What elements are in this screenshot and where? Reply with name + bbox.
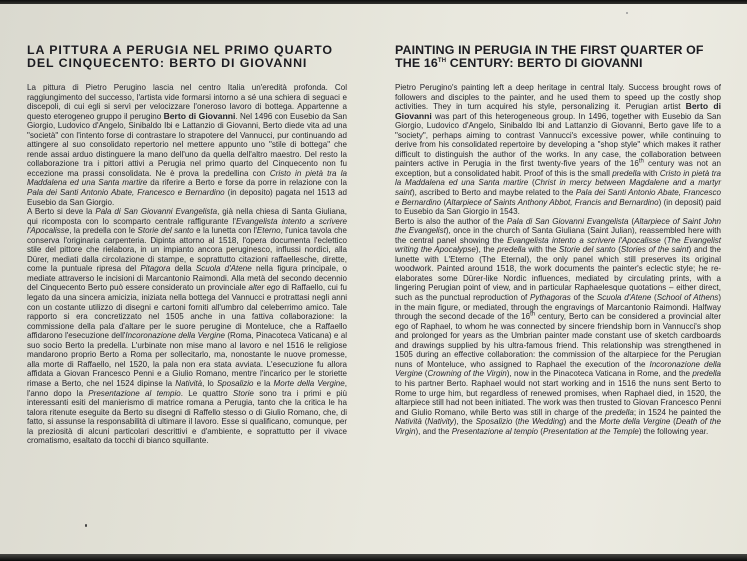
dust-speck xyxy=(85,524,87,527)
italic-title: Sposalizio xyxy=(217,379,254,388)
text-run: A Berto si deve la xyxy=(27,207,95,216)
italic-title: Crowning of the Virgin xyxy=(427,369,506,378)
italic-title: Pythagoras xyxy=(530,293,571,302)
text-run: ), the xyxy=(454,417,476,426)
italic-title: Morte della Vergine xyxy=(600,417,671,426)
text-run: ) the following year. xyxy=(639,427,708,436)
text-run: ), ascribed to Berto and maybe related t… xyxy=(412,188,576,197)
italic-title: Presentation at the Temple xyxy=(543,427,639,436)
paragraph: A Berto si deve la Pala di San Giovanni … xyxy=(27,207,347,446)
italic-title: Presentazione al tempio xyxy=(452,427,538,436)
text-run: . Le quattro xyxy=(181,389,233,398)
italic-title: Pitagora xyxy=(140,264,170,273)
text-run: Berto is also the author of the xyxy=(395,217,507,226)
italic-title: Stories of the saint xyxy=(621,245,689,254)
text-run: della xyxy=(170,264,195,273)
italic-title: Eterno xyxy=(257,226,281,235)
text-run: e la lunetta con l' xyxy=(194,226,257,235)
paragraph: Berto is also the author of the Pala di … xyxy=(395,217,721,437)
italic-title: Natività xyxy=(175,379,202,388)
italic-title: Nativity xyxy=(427,417,453,426)
italic-title: Sposalizio xyxy=(476,417,513,426)
italic-title: Storie del santo xyxy=(138,226,194,235)
italic-title: Scuola d'Atene xyxy=(597,293,651,302)
italic-title: Pala di San Giovanni Evangelista xyxy=(507,217,629,226)
italic-title: Natività xyxy=(395,417,422,426)
text-run: Pietro Perugino's painting left a deep h… xyxy=(395,83,721,111)
text-run: e la xyxy=(254,379,274,388)
english-column: PAINTING IN PERUGIA IN THE FIRST QUARTER… xyxy=(395,44,721,436)
italic-title: alter ego xyxy=(248,283,280,292)
paragraph: Pietro Perugino's painting left a deep h… xyxy=(395,83,721,217)
italian-heading: LA PITTURA A PERUGIA NEL PRIMO QUARTO DE… xyxy=(27,44,347,70)
italic-title: predella xyxy=(605,408,634,417)
english-heading-sup: TH xyxy=(438,58,446,64)
italic-title: predella xyxy=(692,369,721,378)
italic-title: Altarpiece of Saints Anthony Abbot, Fran… xyxy=(446,198,658,207)
text-run: ), the xyxy=(476,245,497,254)
paragraph: La pittura di Pietro Perugino lascia nel… xyxy=(27,83,347,207)
italic-title: Scuola d'Atene xyxy=(196,264,252,273)
text-run: da riferire a Berto e forse da porre in … xyxy=(147,178,347,187)
italic-title: predella xyxy=(612,169,641,178)
text-run: with xyxy=(641,169,660,178)
panel-frame-bottom xyxy=(0,554,747,561)
italic-title: the Wedding xyxy=(518,417,564,426)
english-heading: PAINTING IN PERUGIA IN THE FIRST QUARTER… xyxy=(395,44,721,70)
text-run: ) and the xyxy=(564,417,600,426)
text-run: ), and the xyxy=(415,427,451,436)
dust-speck xyxy=(626,12,628,14)
italic-title: Storie xyxy=(233,389,254,398)
text-run: with the xyxy=(526,245,559,254)
italic-title: Pala di San Giovanni Evangelista xyxy=(95,207,217,216)
text-run: , lo xyxy=(202,379,217,388)
italian-body: La pittura di Pietro Perugino lascia nel… xyxy=(27,83,347,446)
italic-title: Pala dei Santi Antonio Abate, Francesco … xyxy=(27,188,225,197)
bold-name: Berto di Giovanni xyxy=(164,111,236,121)
english-heading-text-end: CENTURY: BERTO DI GIOVANNI xyxy=(446,56,642,70)
text-run: ), now in the Pinacoteca Vaticana in Rom… xyxy=(507,369,693,378)
english-body: Pietro Perugino's painting left a deep h… xyxy=(395,83,721,436)
italic-title: predella xyxy=(497,245,526,254)
italic-title: School of Athens xyxy=(657,293,719,302)
text-run: , la predella con le xyxy=(69,226,137,235)
text-run: of the xyxy=(571,293,597,302)
italian-column: LA PITTURA A PERUGIA NEL PRIMO QUARTO DE… xyxy=(27,44,347,446)
museum-info-panel: LA PITTURA A PERUGIA NEL PRIMO QUARTO DE… xyxy=(0,4,747,555)
italic-title: Storie del santo xyxy=(559,245,616,254)
italic-title: Incoronazione della Vergine xyxy=(125,331,225,340)
italic-title: Presentazione al tempio xyxy=(88,389,180,398)
text-run: ; in 1524 he painted the xyxy=(634,408,721,417)
italic-title: Morte della Vergine xyxy=(274,379,345,388)
italic-title: Evangelista intento a scrivere l'Apocali… xyxy=(507,236,661,245)
